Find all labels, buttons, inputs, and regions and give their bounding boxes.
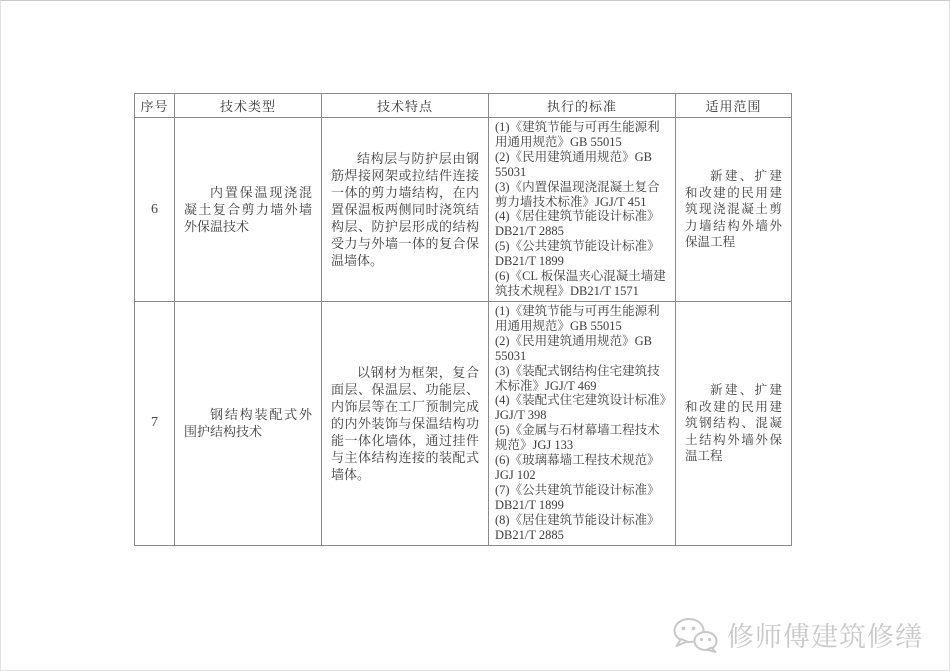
column-header-standards: 执行的标准 [489, 94, 676, 118]
features-text: 以钢材为框架，复合面层、保温层、功能层、内饰层等在工厂预制完成的内外装饰与保温结… [331, 364, 479, 483]
cell-type: 钢结构装配式外围护结构技术 [175, 302, 322, 546]
wechat-chat-bubbles-icon [672, 617, 718, 653]
technology-standards-table: 序号 技术类型 技术特点 执行的标准 适用范围 6 内置保温现浇混凝土复合剪力墙… [134, 93, 792, 546]
cell-features: 以钢材为框架，复合面层、保温层、功能层、内饰层等在工厂预制完成的内外装饰与保温结… [322, 302, 489, 546]
cell-scope: 新建、扩建和改建的民用建筑现浇混凝土剪力墙结构外墙外保温工程 [676, 118, 792, 302]
cell-seq: 6 [135, 118, 175, 302]
watermark: 修师傅建筑修缮 [672, 615, 923, 654]
document-page: 序号 技术类型 技术特点 执行的标准 适用范围 6 内置保温现浇混凝土复合剪力墙… [0, 0, 950, 671]
features-text: 结构层与防护层由钢筋焊接网架或拉结件连接一体的剪力墙结构，在内置保温板两侧同时浇… [331, 150, 479, 269]
table-row: 6 内置保温现浇混凝土复合剪力墙外墙外保温技术 结构层与防护层由钢筋焊接网架或拉… [135, 118, 792, 302]
column-header-type: 技术类型 [175, 94, 322, 118]
cell-seq: 7 [135, 302, 175, 546]
scope-text: 新建、扩建和改建的民用建筑现浇混凝土剪力墙结构外墙外保温工程 [685, 168, 782, 251]
column-header-seq: 序号 [135, 94, 175, 118]
cell-features: 结构层与防护层由钢筋焊接网架或拉结件连接一体的剪力墙结构，在内置保温板两侧同时浇… [322, 118, 489, 302]
column-header-scope: 适用范围 [676, 94, 792, 118]
cell-scope: 新建、扩建和改建的民用建筑钢结构、混凝土结构外墙外保温工程 [676, 302, 792, 546]
table-header-row: 序号 技术类型 技术特点 执行的标准 适用范围 [135, 94, 792, 118]
cell-standards: (1)《建筑节能与可再生能源利用通用规范》GB 55015 (2)《民用建筑通用… [489, 118, 676, 302]
watermark-text: 修师傅建筑修缮 [727, 615, 923, 654]
table-row: 7 钢结构装配式外围护结构技术 以钢材为框架，复合面层、保温层、功能层、内饰层等… [135, 302, 792, 546]
column-header-features: 技术特点 [322, 94, 489, 118]
cell-type: 内置保温现浇混凝土复合剪力墙外墙外保温技术 [175, 118, 322, 302]
type-text: 内置保温现浇混凝土复合剪力墙外墙外保温技术 [184, 184, 312, 235]
type-text: 钢结构装配式外围护结构技术 [184, 406, 312, 440]
cell-standards: (1)《建筑节能与可再生能源利用通用规范》GB 55015 (2)《民用建筑通用… [489, 302, 676, 546]
scope-text: 新建、扩建和改建的民用建筑钢结构、混凝土结构外墙外保温工程 [685, 382, 782, 465]
